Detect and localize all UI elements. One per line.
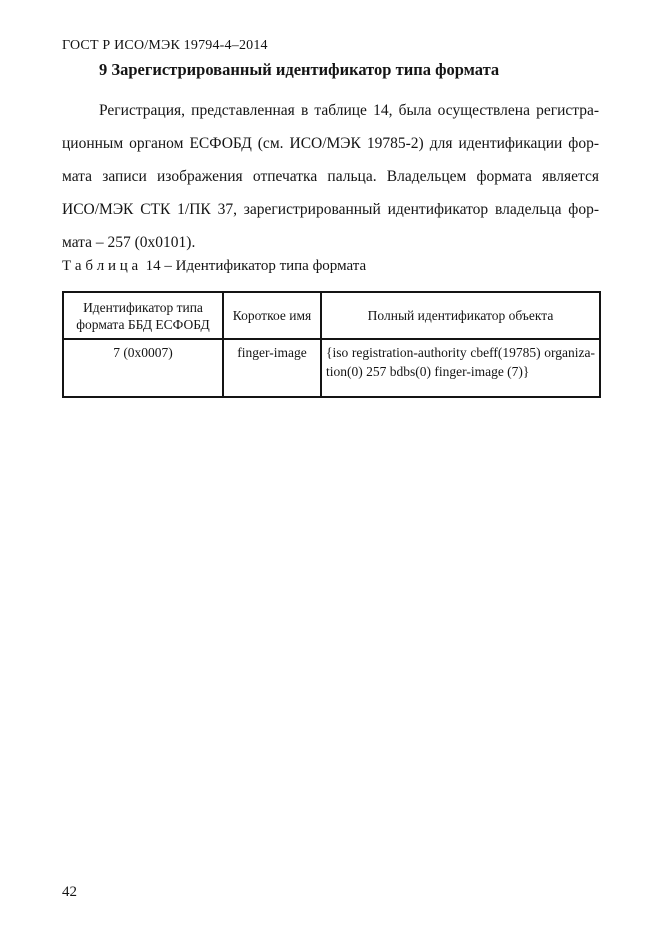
paragraph-line: ционным органом ЕСФОБД (см. ИСО/МЭК 1978…	[62, 127, 599, 160]
running-header: ГОСТ Р ИСО/МЭК 19794-4–2014	[62, 38, 268, 54]
paragraph-line: Регистрация, представленная в таблице 14…	[62, 94, 599, 127]
body-paragraph: Регистрация, представленная в таблице 14…	[62, 94, 599, 259]
table-container: Идентификатор типа формата ББД ЕСФОБД Ко…	[62, 291, 599, 398]
paragraph-line: ИСО/МЭК СТК 1/ПК 37, зарегистрированный …	[62, 193, 599, 226]
table-row: 7 (0x0007) finger-image {iso registratio…	[63, 339, 600, 397]
section-heading: 9 Зарегистрированный идентификатор типа …	[99, 60, 499, 80]
header-cell-object-id: Полный идентификатор объекта	[321, 292, 600, 339]
object-id-line: {iso registration-authority cbeff(19785)…	[326, 343, 595, 362]
table-caption: Т а б л и ц а 14 – Идентификатор типа фо…	[62, 258, 366, 275]
object-id-line: tion(0) 257 bdbs(0) finger-image (7)}	[326, 362, 595, 381]
format-type-table: Идентификатор типа формата ББД ЕСФОБД Ко…	[62, 291, 601, 398]
page-number: 42	[62, 884, 77, 901]
cell-object-id: {iso registration-authority cbeff(19785)…	[321, 339, 600, 397]
cell-short-name: finger-image	[223, 339, 321, 397]
cell-format-id: 7 (0x0007)	[63, 339, 223, 397]
document-page: ГОСТ Р ИСО/МЭК 19794-4–2014 9 Зарегистри…	[0, 0, 661, 935]
paragraph-line: мата – 257 (0x0101).	[62, 226, 599, 259]
header-cell-format-id: Идентификатор типа формата ББД ЕСФОБД	[63, 292, 223, 339]
header-cell-short-name: Короткое имя	[223, 292, 321, 339]
paragraph-line: мата записи изображения отпечатка пальца…	[62, 160, 599, 193]
table-header-row: Идентификатор типа формата ББД ЕСФОБД Ко…	[63, 292, 600, 339]
